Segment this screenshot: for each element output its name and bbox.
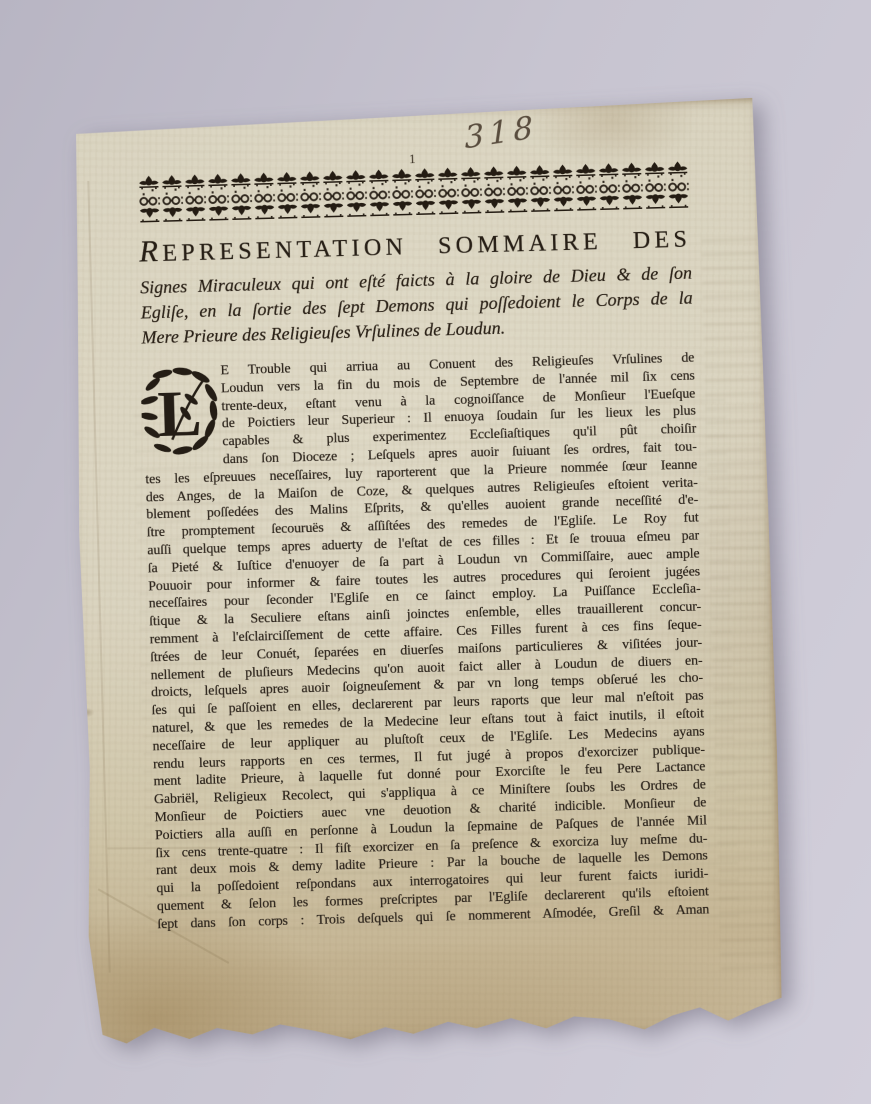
svg-text:L: L bbox=[157, 377, 203, 451]
opening-with-dropcap: L E Trouble qui arriua au Conuent des Re… bbox=[142, 350, 697, 472]
body-text: L E Trouble qui arriua au Conuent des Re… bbox=[142, 350, 709, 934]
paper-crease bbox=[87, 181, 110, 973]
document-subtitle: Signes Miraculeux qui ont eſté faicts à … bbox=[140, 261, 694, 351]
woodcut-drop-cap-L-icon: L bbox=[140, 364, 220, 458]
document-page-wrap: 318 1 bbox=[60, 98, 785, 1049]
text-column: 1 bbox=[137, 144, 710, 934]
verso-showthrough bbox=[701, 238, 777, 971]
document-page: 318 1 bbox=[60, 98, 785, 1049]
photo-background: 318 1 bbox=[0, 0, 871, 1104]
